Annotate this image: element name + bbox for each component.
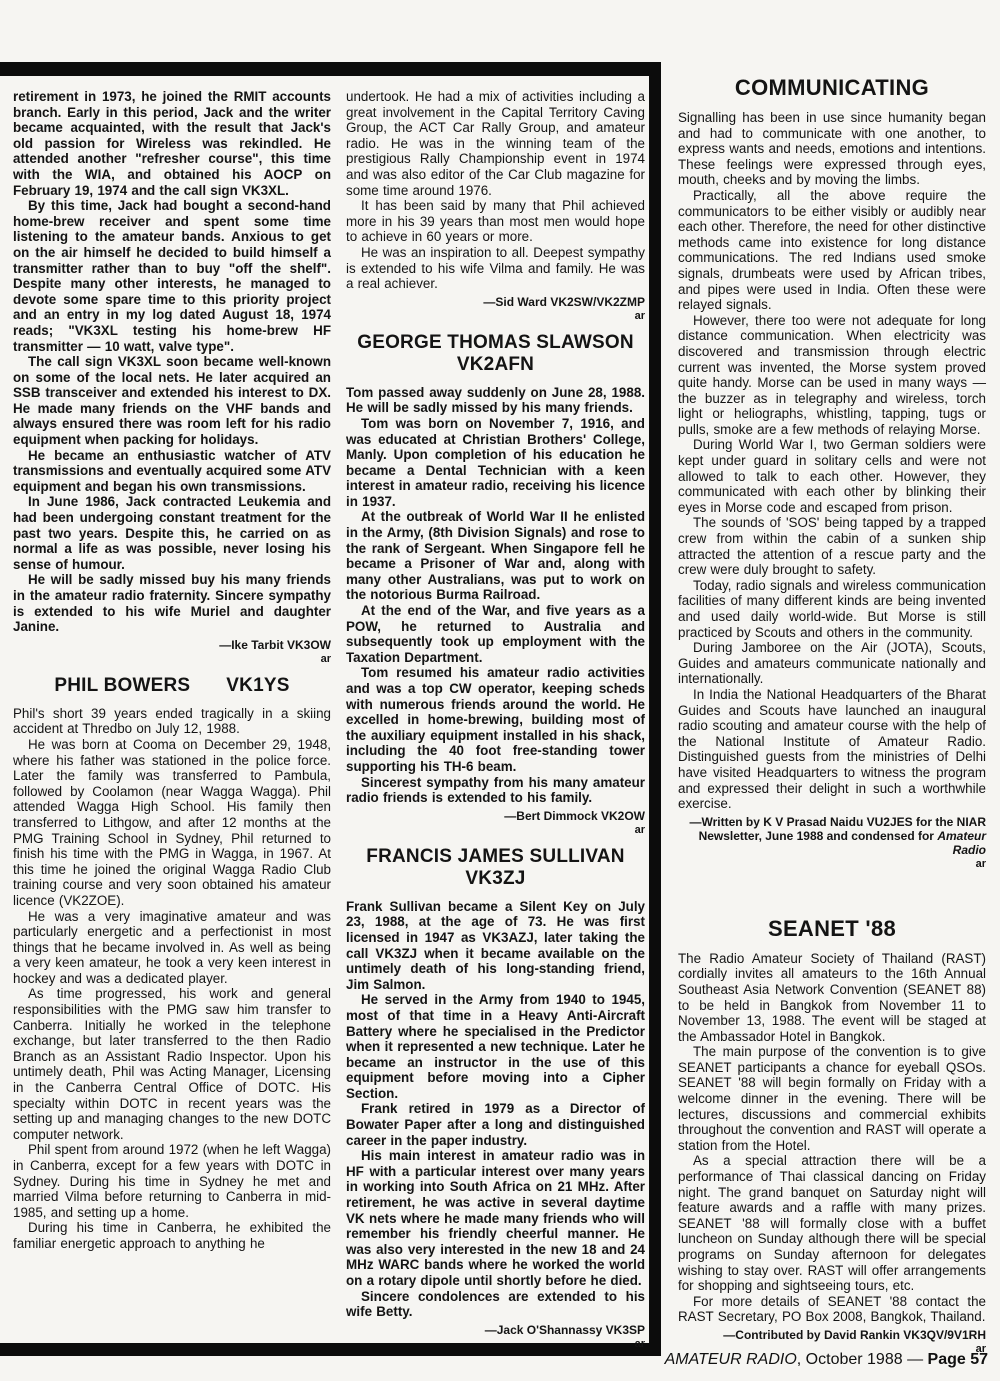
obituaries-box: retirement in 1973, he joined the RMIT a… bbox=[0, 62, 661, 1356]
byline-seanet: —Contributed by David Rankin VK3QV/9V1RH bbox=[678, 1328, 986, 1342]
paragraph: Frank Sullivan became a Silent Key on Ju… bbox=[346, 899, 645, 993]
obit-george-text: Tom passed away suddenly on June 28, 198… bbox=[346, 385, 645, 806]
paragraph: However, there too were not adequate for… bbox=[678, 313, 986, 438]
paragraph: He became an enthusiastic watcher of ATV… bbox=[13, 448, 331, 495]
end-of-article-mark: ar bbox=[346, 1338, 645, 1351]
paragraph: As time progressed, his work and general… bbox=[13, 986, 331, 1142]
paragraph: The sounds of 'SOS' being tapped by a tr… bbox=[678, 515, 986, 577]
obit-phil-continuation-text: undertook. He had a mix of activities in… bbox=[346, 89, 645, 292]
obit-francis-text: Frank Sullivan became a Silent Key on Ju… bbox=[346, 899, 645, 1320]
paragraph: retirement in 1973, he joined the RMIT a… bbox=[13, 89, 331, 198]
paragraph: The call sign VK3XL soon became well-kno… bbox=[13, 354, 331, 448]
paragraph: At the end of the War, and five years as… bbox=[346, 603, 645, 665]
obit-callsign: VK1YS bbox=[226, 675, 289, 696]
column-middle: undertook. He had a mix of activities in… bbox=[346, 89, 649, 1343]
byline-line1: —Written by K V Prasad Naidu VU2JES for … bbox=[689, 815, 986, 829]
page-footer: AMATEUR RADIO, October 1988 — Page 57 bbox=[665, 1350, 988, 1370]
byline-line2: Newsletter, June 1988 and condensed for bbox=[699, 829, 938, 843]
paragraph: Signalling has been in use since humanit… bbox=[678, 110, 986, 188]
paragraph: Phil's short 39 years ended tragically i… bbox=[13, 706, 331, 737]
byline-communicating: —Written by K V Prasad Naidu VU2JES for … bbox=[678, 815, 986, 857]
byline-phil: —Sid Ward VK2SW/VK2ZMP bbox=[346, 295, 645, 309]
article-heading-seanet: SEANET '88 bbox=[678, 917, 986, 941]
byline-george: —Bert Dimmock VK2OW bbox=[346, 809, 645, 823]
seanet-text: The Radio Amateur Society of Thailand (R… bbox=[678, 951, 986, 1325]
obit-jack-continuation-text: retirement in 1973, he joined the RMIT a… bbox=[13, 89, 331, 635]
article-heading-communicating: COMMUNICATING bbox=[678, 76, 986, 100]
paragraph: For more details of SEANET '88 contact t… bbox=[678, 1294, 986, 1325]
paragraph: The Radio Amateur Society of Thailand (R… bbox=[678, 951, 986, 1045]
paragraph: At the outbreak of World War II he enlis… bbox=[346, 509, 645, 603]
communicating-text: Signalling has been in use since humanit… bbox=[678, 110, 986, 812]
byline-publication-name: Amateur Radio bbox=[937, 829, 986, 857]
byline-jack: —Ike Tarbit VK3OW bbox=[13, 638, 331, 652]
paragraph: He was a very imaginative amateur and wa… bbox=[13, 909, 331, 987]
paragraph: Practically, all the above require the c… bbox=[678, 188, 986, 313]
page-number: Page 57 bbox=[928, 1351, 988, 1368]
end-of-article-mark: ar bbox=[13, 653, 331, 666]
obit-heading-phil-bowers: PHIL BOWERSVK1YS bbox=[13, 675, 331, 697]
paragraph: He was an inspiration to all. Deepest sy… bbox=[346, 245, 645, 292]
paragraph: The main purpose of the convention is to… bbox=[678, 1044, 986, 1153]
paragraph: During Jamboree on the Air (JOTA), Scout… bbox=[678, 640, 986, 687]
issue-date: , October 1988 — bbox=[797, 1351, 928, 1368]
obit-phil-text: Phil's short 39 years ended tragically i… bbox=[13, 706, 331, 1252]
paragraph: Sincere condolences are extended to his … bbox=[346, 1289, 645, 1320]
obit-callsign: VK2AFN bbox=[457, 354, 534, 375]
paragraph: Tom passed away suddenly on June 28, 198… bbox=[346, 385, 645, 416]
paragraph: Tom was born on November 7, 1916, and wa… bbox=[346, 416, 645, 510]
obit-name: FRANCIS JAMES SULLIVAN bbox=[366, 846, 624, 867]
obit-heading-george-slawson: GEORGE THOMAS SLAWSONVK2AFN bbox=[346, 332, 645, 376]
paragraph: Tom resumed his amateur radio activities… bbox=[346, 665, 645, 774]
magazine-title: AMATEUR RADIO bbox=[665, 1351, 797, 1368]
paragraph: He served in the Army from 1940 to 1945,… bbox=[346, 992, 645, 1101]
paragraph: As a special attraction there will be a … bbox=[678, 1153, 986, 1293]
paragraph: Frank retired in 1979 as a Director of B… bbox=[346, 1101, 645, 1148]
paragraph: He will be sadly missed buy his many fri… bbox=[13, 572, 331, 634]
paragraph: By this time, Jack had bought a second-h… bbox=[13, 198, 331, 354]
paragraph: undertook. He had a mix of activities in… bbox=[346, 89, 645, 198]
paragraph: His main interest in amateur radio was i… bbox=[346, 1148, 645, 1288]
end-of-article-mark: ar bbox=[678, 858, 986, 871]
paragraph: During World War I, two German soldiers … bbox=[678, 437, 986, 515]
paragraph: In India the National Headquarters of th… bbox=[678, 687, 986, 812]
obit-name: GEORGE THOMAS SLAWSON bbox=[357, 332, 634, 353]
paragraph: He was born at Cooma on December 29, 194… bbox=[13, 737, 331, 909]
seanet-article: SEANET '88 The Radio Amateur Society of … bbox=[678, 917, 986, 1356]
obit-name: PHIL BOWERS bbox=[54, 675, 190, 696]
paragraph: Sincerest sympathy from his many amateur… bbox=[346, 775, 645, 806]
column-left: retirement in 1973, he joined the RMIT a… bbox=[13, 89, 331, 1343]
byline-francis: —Jack O'Shannassy VK3SP bbox=[346, 1323, 645, 1337]
paragraph: It has been said by many that Phil achie… bbox=[346, 198, 645, 245]
column-right: COMMUNICATING Signalling has been in use… bbox=[678, 76, 986, 1362]
paragraph: During his time in Canberra, he exhibite… bbox=[13, 1220, 331, 1251]
end-of-article-mark: ar bbox=[346, 310, 645, 323]
obit-heading-francis-sullivan: FRANCIS JAMES SULLIVANVK3ZJ bbox=[346, 846, 645, 890]
paragraph: Phil spent from around 1972 (when he lef… bbox=[13, 1142, 331, 1220]
end-of-article-mark: ar bbox=[346, 824, 645, 837]
paragraph: Today, radio signals and wireless commun… bbox=[678, 578, 986, 640]
obit-callsign: VK3ZJ bbox=[465, 868, 525, 889]
paragraph: In June 1986, Jack contracted Leukemia a… bbox=[13, 494, 331, 572]
